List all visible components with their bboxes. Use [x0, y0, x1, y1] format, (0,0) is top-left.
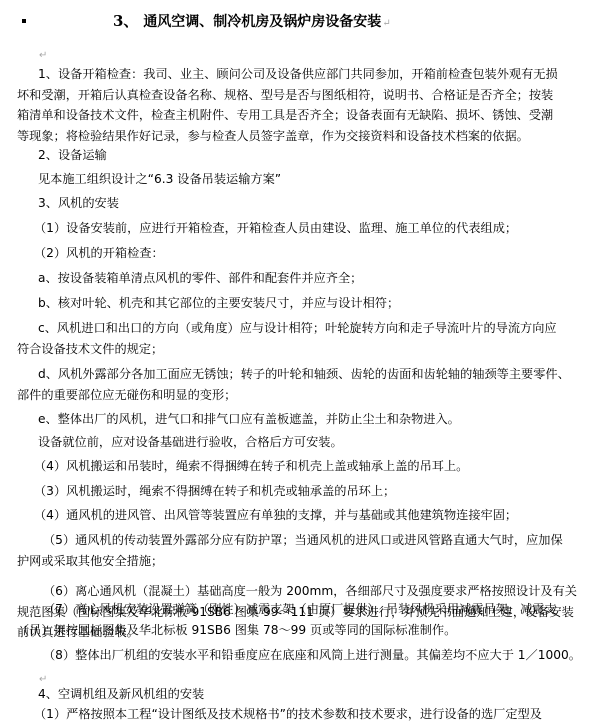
text-line: b、核对叶轮、机壳和其它部位的主要安装尺寸，并应与设计相符；: [38, 296, 399, 310]
text-line: 等现象；将检验结果作好记录，参与检查人员签字盖章，作为交接资料和设备技术档案的依…: [17, 126, 558, 147]
paragraph-item-4a: （4）风机搬运和吊装时，绳索不得捆缚在转子和机壳上盖或轴承上盖的吊耳上。: [34, 456, 468, 477]
text-line: （4）通风机的进风管、出风管等装置应有单独的支撑，并与基础或其他建筑物连接牢固；: [34, 508, 517, 522]
text-line: （3）风机搬运时，绳索不得捆缚在转子和机壳或轴承盖的吊环上；: [34, 484, 395, 498]
paragraph-item-d: d、风机外露部分各加工面应无锈蚀；转子的叶轮和轴颈、齿轮的齿面和齿轮轴的轴颈等主…: [17, 364, 570, 405]
text-line: 见本施工组织设计之“6.3 设备吊装运输方案”: [38, 172, 281, 186]
paragraph-ac-item-1: （1）严格按照本工程“设计图纸及技术规格书”的技术参数和技术要求，进行设备的选厂…: [34, 704, 542, 722]
paragraph-item-4b: （4）通风机的进风管、出风管等装置应有单独的支撑，并与基础或其他建筑物连接牢固；: [34, 505, 517, 526]
paragraph-item-c: c、风机进口和出口的方向（或角度）应与设计相符；叶轮旋转方向和走子导流叶片的导流…: [17, 318, 557, 359]
paragraph-mark-icon: ↵: [39, 50, 47, 61]
text-line: （吊）架按国标图集及华北标板 91SB6 图集 78～99 页或等同的国际标准制…: [17, 620, 557, 641]
text-line: 箱清单和设备技术文件，检查主机附件、专用工具是否齐全；设备表面有无缺陷、损坏、锈…: [17, 105, 558, 126]
paragraph-transport-ref: 见本施工组织设计之“6.3 设备吊装运输方案”: [38, 169, 281, 190]
paragraph-equipment-transport: 2、设备运输: [38, 145, 107, 166]
text-line: 符合设备技术文件的规定；: [17, 339, 557, 360]
paragraph-item-3: （3）风机搬运时，绳索不得捆缚在转子和机壳或轴承盖的吊环上；: [34, 481, 395, 502]
text-line: a、按设备装箱单清点风机的零件、部件和配套件并应齐全；: [38, 271, 362, 285]
text-line: 1、设备开箱检查：我司、业主、顾问公司及设备供应部门共同参加，开箱前检查包装外观…: [17, 64, 558, 85]
section-heading: 3、 通风空调、制冷机房及锅炉房设备安装↵: [113, 10, 391, 31]
paragraph-item-5: （5）通风机的传动装置外露部分应有防护罩；当通风机的进风口或进风管路直通大气时，…: [17, 530, 563, 571]
heading-title: 通风空调、制冷机房及锅炉房设备安装: [143, 14, 381, 30]
paragraph-item-8: （8）整体出厂机组的安装水平和铅垂度应在底座和风筒上进行测量。其偏差均不应大于 …: [17, 645, 581, 666]
heading-number: 3、: [113, 12, 138, 30]
text-line: （7）离心风机安装设置弹簧（刚性）减震支架（由原厂提供），吊装风机采用减震吊架，…: [17, 599, 557, 620]
paragraph-item-e: e、整体出厂的风机，进气口和排气口应有盖板遮盖，并防止尘土和杂物进入。: [38, 409, 460, 430]
paragraph-item-7-text: （7）离心风机安装设置弹簧（刚性）减震支架（由原厂提供），吊装风机采用减震吊架，…: [17, 599, 557, 640]
list-bullet: [22, 19, 26, 23]
paragraph-fan-install: 3、风机的安装: [38, 193, 119, 214]
text-line: d、风机外露部分各加工面应无锈蚀；转子的叶轮和轴颈、齿轮的齿面和齿轮轴的轴颈等主…: [17, 364, 570, 385]
paragraph-unpacking-inspection: 1、设备开箱检查：我司、业主、顾问公司及设备供应部门共同参加，开箱前检查包装外观…: [17, 64, 558, 146]
text-line: （1）严格按照本工程“设计图纸及技术规格书”的技术参数和技术要求，进行设备的选厂…: [34, 707, 542, 721]
text-line: （8）整体出厂机组的安装水平和铅垂度应在底座和风筒上进行测量。其偏差均不应大于 …: [17, 645, 581, 666]
text-line: e、整体出厂的风机，进气口和排气口应有盖板遮盖，并防止尘土和杂物进入。: [38, 412, 460, 426]
paragraph-item-a: a、按设备装箱单清点风机的零件、部件和配套件并应齐全；: [38, 268, 362, 289]
text-line: （4）风机搬运和吊装时，绳索不得捆缚在转子和机壳上盖或轴承上盖的吊耳上。: [34, 459, 468, 473]
text-line: （5）通风机的传动装置外露部分应有防护罩；当通风机的进风口或进风管路直通大气时，…: [17, 530, 563, 551]
paragraph-item-2: （2）风机的开箱检查：: [34, 243, 164, 264]
paragraph-item-b: b、核对叶轮、机壳和其它部位的主要安装尺寸，并应与设计相符；: [38, 293, 399, 314]
paragraph-item-1: （1）设备安装前，应进行开箱检查，开箱检查人员由建设、监理、施工单位的代表组成；: [34, 218, 517, 239]
paragraph-foundation-check: 设备就位前，应对设备基础进行验收，合格后方可安装。: [38, 432, 343, 453]
text-line: 4、空调机组及新风机组的安装: [38, 687, 204, 701]
paragraph-mark-icon: ↵: [382, 18, 390, 29]
text-line: （2）风机的开箱检查：: [34, 246, 164, 260]
text-line: 护网或采取其他安全措施；: [17, 551, 563, 572]
text-line: c、风机进口和出口的方向（或角度）应与设计相符；叶轮旋转方向和走子导流叶片的导流…: [17, 318, 557, 339]
paragraph-ac-units: 4、空调机组及新风机组的安装: [38, 684, 204, 705]
text-line: 设备就位前，应对设备基础进行验收，合格后方可安装。: [38, 435, 343, 449]
text-line: （1）设备安装前，应进行开箱检查，开箱检查人员由建设、监理、施工单位的代表组成；: [34, 221, 517, 235]
text-line: 2、设备运输: [38, 148, 107, 162]
text-line: 部件的重要部位应无碰伤和明显的变形；: [17, 385, 570, 406]
text-line: 坏和受潮，开箱后认真检查设备名称、规格、型号是否与图纸相符，说明书、合格证是否齐…: [17, 85, 558, 106]
text-line: 3、风机的安装: [38, 196, 119, 210]
